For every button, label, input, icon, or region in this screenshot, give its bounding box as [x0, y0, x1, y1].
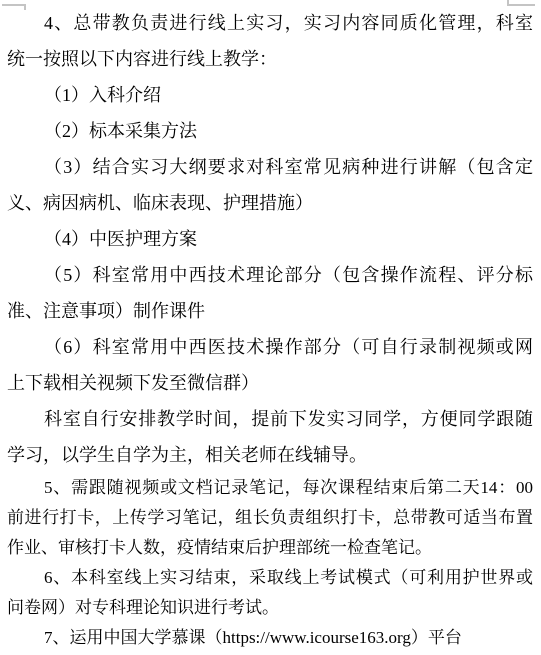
text-line: 义、病因病机、临床表现、护理措施） — [7, 185, 533, 221]
text-line: 6、本科室线上实习结束，采取线上考试模式（可利用护世界或 — [7, 563, 533, 593]
text-line: 上下载相关视频下发至微信群） — [7, 365, 533, 401]
text-line: 4、总带教负责进行线上实习，实习内容同质化管理，科室 — [7, 5, 533, 41]
text-line-prefix: 7、运用中国大学慕课（ — [44, 628, 223, 647]
course-url: https://www.icourse163.org — [223, 628, 411, 647]
document-page: 4、总带教负责进行线上实习，实习内容同质化管理，科室 统一按照以下内容进行线上教… — [0, 0, 541, 655]
text-line: 准、注意事项）制作课件 — [7, 293, 533, 329]
text-line: 前进行打卡，上传学习笔记，组长负责组织打卡，总带教可适当布置 — [7, 503, 533, 533]
text-line-suffix: ）平台 — [411, 628, 462, 647]
text-line: （5）科室常用中西技术理论部分（包含操作流程、评分标 — [7, 257, 533, 293]
text-line: 科室自行安排教学时间，提前下发实习同学，方便同学跟随 — [7, 401, 533, 437]
text-line: （2）标本采集方法 — [7, 113, 533, 149]
text-line: 7、运用中国大学慕课（https://www.icourse163.org）平台 — [7, 623, 533, 653]
text-line: （3）结合实习大纲要求对科室常见病种进行讲解（包含定 — [7, 149, 533, 185]
document-content: 4、总带教负责进行线上实习，实习内容同质化管理，科室 统一按照以下内容进行线上教… — [7, 5, 533, 653]
text-line: 作业、审核打卡人数，疫情结束后护理部统一检查笔记。 — [7, 533, 533, 563]
text-line: 统一按照以下内容进行线上教学： — [7, 41, 533, 77]
text-line: （1）入科介绍 — [7, 77, 533, 113]
text-line: （6）科室常用中西医技术操作部分（可自行录制视频或网 — [7, 329, 533, 365]
text-line: 5、需跟随视频或文档记录笔记，每次课程结束后第二天14：00 — [7, 473, 533, 503]
text-line: 问卷网）对专科理论知识进行考试。 — [7, 593, 533, 623]
text-line: 学习，以学生自学为主，相关老师在线辅导。 — [7, 437, 533, 473]
text-line: （4）中医护理方案 — [7, 221, 533, 257]
